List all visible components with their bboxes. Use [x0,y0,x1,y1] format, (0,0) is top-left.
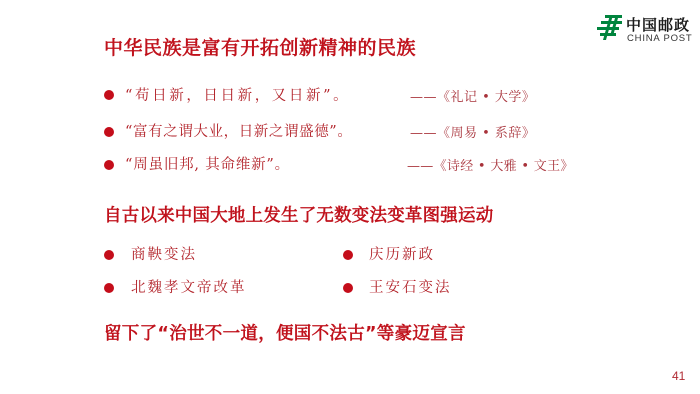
section3-title: 留下了“治世不一道，便国不法古”等豪迈宣言 [104,320,466,345]
reform-item-4: 王安石变法 [369,276,452,297]
logo-chinese-name: 中国邮政 [626,14,690,35]
reform-item-3: 北魏孝文帝改革 [131,276,247,297]
reform-item-2: 庆历新政 [369,243,435,264]
china-post-logo-icon [596,14,624,40]
quote-3-source: ——《诗经 • 大雅 • 文王》 [407,155,574,174]
bullet-icon [104,250,114,260]
section1-title: 中华民族是富有开拓创新精神的民族 [104,33,416,60]
bullet-icon [104,127,114,137]
bullet-icon [343,250,353,260]
quote-3-text: “周虽旧邦, 其命维新”。 [125,153,290,174]
bullet-icon [104,283,114,293]
bullet-icon [104,160,114,170]
china-post-logo: 中国邮政 CHINA POST [596,12,696,46]
quote-1-source: ——《礼记 • 大学》 [410,86,535,105]
quote-2-source: ——《周易 • 系辞》 [410,122,535,141]
quote-1-text: “苟日新，日日新，又日新”。 [125,84,350,105]
reform-item-1: 商鞅变法 [131,243,197,264]
page-number: 41 [672,369,685,383]
bullet-icon [104,90,114,100]
logo-english-name: CHINA POST [627,33,693,44]
section2-title: 自古以来中国大地上发生了无数变法变革图强运动 [104,202,493,227]
bullet-icon [343,283,353,293]
quote-2-text: “富有之谓大业，日新之谓盛德”。 [125,120,352,141]
